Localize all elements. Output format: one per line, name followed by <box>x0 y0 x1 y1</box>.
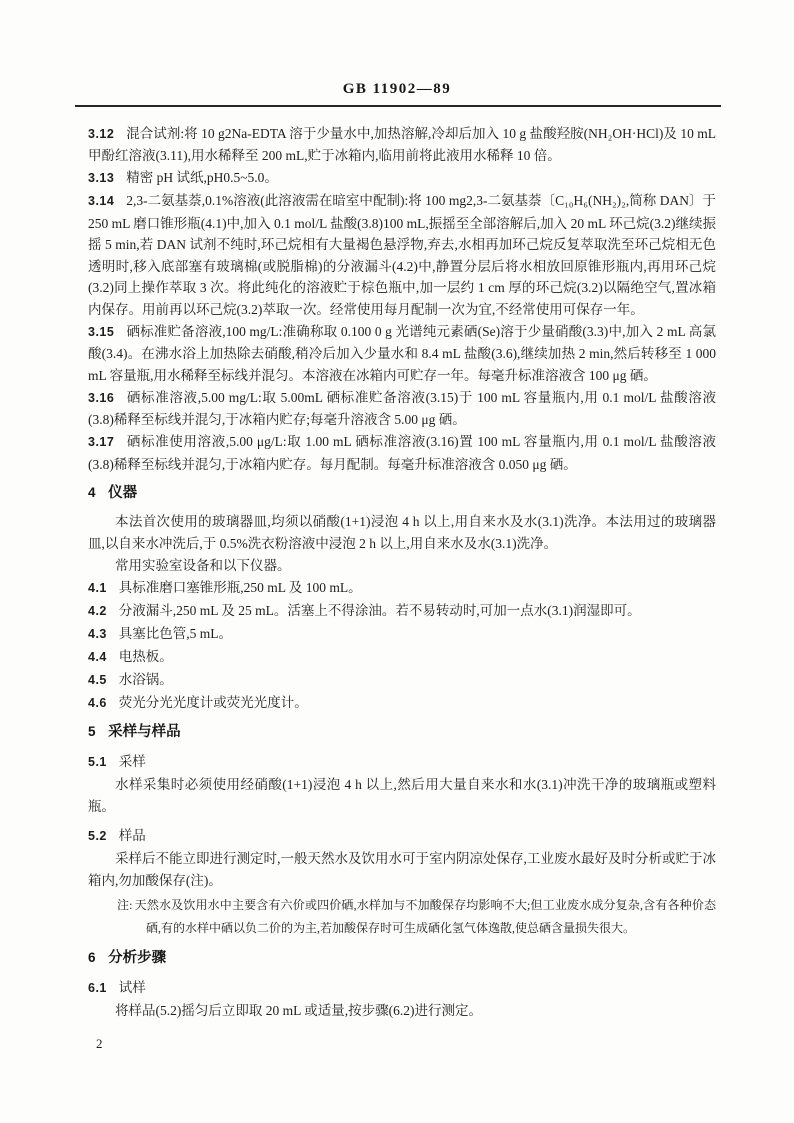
clause-text: 硒标准溶液,5.00 mg/L:取 5.00mL 硒标准贮备溶液(3.15)于 … <box>88 390 716 428</box>
section-title: 采样与样品 <box>108 724 181 740</box>
clause-number: 3.13 <box>88 171 114 185</box>
clause-4-5: 4.5水浴锅。 <box>88 669 716 692</box>
paragraph-lab-equipment: 常用实验室设备和以下仪器。 <box>88 555 716 577</box>
document-page: GB 11902—89 3.12混合试剂:将 10 g2Na-EDTA 溶于少量… <box>0 0 794 1123</box>
clause-3-15: 3.15硒标准贮备溶液,100 mg/L:准确称取 0.100 0 g 光谱纯元… <box>88 321 716 387</box>
clause-4-1: 4.1具标准磨口塞锥形瓶,250 mL 及 100 mL。 <box>88 577 716 600</box>
clause-text: 2,3-二氨基萘,0.1%溶液(此溶液需在暗室中配制):将 100 mg2,3-… <box>88 193 716 317</box>
clause-number: 4.2 <box>88 604 107 618</box>
clause-4-4: 4.4电热板。 <box>88 646 716 669</box>
clause-number: 4.1 <box>88 581 107 595</box>
clause-text: 具塞比色管,5 mL。 <box>119 626 232 641</box>
page-number: 2 <box>96 1033 716 1055</box>
subclause-6-1: 6.1试样 <box>88 977 716 1000</box>
section-heading-6-procedure: 6分析步骤 <box>88 947 716 969</box>
paragraph-test-sample: 将样品(5.2)摇匀后立即取 20 mL 或适量,按步骤(6.2)进行测定。 <box>88 1000 716 1022</box>
note-label: 注: <box>117 898 133 912</box>
clause-3-17: 3.17硒标准使用溶液,5.00 μg/L:取 1.00 mL 硒标准溶液(3.… <box>88 431 716 475</box>
subclause-title: 样品 <box>119 828 146 843</box>
clause-number: 3.15 <box>88 325 114 339</box>
subclause-title: 采样 <box>119 754 146 769</box>
clause-4-6: 4.6荧光分光光度计或荧光光度计。 <box>88 692 716 715</box>
section-number: 5 <box>88 724 96 739</box>
subclause-number: 6.1 <box>88 981 107 995</box>
clause-number: 4.3 <box>88 627 107 641</box>
clause-text: 水浴锅。 <box>119 672 173 687</box>
clause-number: 3.17 <box>88 435 114 449</box>
document-body: 3.12混合试剂:将 10 g2Na-EDTA 溶于少量水中,加热溶解,冷却后加… <box>88 122 716 1054</box>
clause-text: 分液漏斗,250 mL 及 25 mL。活塞上不得涂油。若不易转动时,可加一点水… <box>119 603 641 618</box>
section-number: 6 <box>88 950 96 965</box>
note-block: 注:天然水及饮用水中主要含有六价或四价硒,水样加与不加酸保存均影响不大;但工业废… <box>88 894 716 940</box>
clause-number: 3.14 <box>88 194 114 208</box>
subclause-number: 5.2 <box>88 829 107 843</box>
subclause-title: 试样 <box>119 980 146 995</box>
clause-4-2: 4.2分液漏斗,250 mL 及 25 mL。活塞上不得涂油。若不易转动时,可加… <box>88 600 716 623</box>
note-text: 天然水及饮用水中主要含有六价或四价硒,水样加与不加酸保存均影响不大;但工业废水成… <box>135 898 717 935</box>
clause-3-16: 3.16硒标准溶液,5.00 mg/L:取 5.00mL 硒标准贮备溶液(3.1… <box>88 387 716 431</box>
header-rule <box>75 105 721 107</box>
section-title: 分析步骤 <box>108 950 166 966</box>
section-heading-4-apparatus: 4仪器 <box>88 482 716 504</box>
clause-number: 4.5 <box>88 673 107 687</box>
clause-text: 硒标准使用溶液,5.00 μg/L:取 1.00 mL 硒标准溶液(3.16)置… <box>88 434 716 472</box>
section-number: 4 <box>88 485 96 500</box>
clause-number: 4.6 <box>88 696 107 710</box>
clause-text: 电热板。 <box>119 649 173 664</box>
paragraph-glassware-prep: 本法首次使用的玻璃器皿,均须以硝酸(1+1)浸泡 4 h 以上,用自来水及水(3… <box>88 511 716 554</box>
clause-text: 具标准磨口塞锥形瓶,250 mL 及 100 mL。 <box>119 580 362 595</box>
clause-number: 3.12 <box>88 127 114 141</box>
section-title: 仪器 <box>108 485 137 501</box>
clause-3-14: 3.142,3-二氨基萘,0.1%溶液(此溶液需在暗室中配制):将 100 mg… <box>88 190 716 320</box>
clause-text: 混合试剂:将 10 g2Na-EDTA 溶于少量水中,加热溶解,冷却后加入 10… <box>88 126 716 164</box>
subclause-number: 5.1 <box>88 755 107 769</box>
subclause-5-1: 5.1采样 <box>88 751 716 774</box>
subclause-5-2: 5.2样品 <box>88 825 716 848</box>
clause-3-12: 3.12混合试剂:将 10 g2Na-EDTA 溶于少量水中,加热溶解,冷却后加… <box>88 123 716 167</box>
clause-3-13: 3.13精密 pH 试纸,pH0.5~5.0。 <box>88 167 716 190</box>
clause-number: 3.16 <box>88 391 114 405</box>
section-heading-5-sampling: 5采样与样品 <box>88 721 716 743</box>
clause-text: 精密 pH 试纸,pH0.5~5.0。 <box>126 170 278 185</box>
document-standard-code: GB 11902—89 <box>0 81 794 98</box>
clause-4-3: 4.3具塞比色管,5 mL。 <box>88 623 716 646</box>
paragraph-sample-storage: 采样后不能立即进行测定时,一般天然水及饮用水可于室内阴凉处保存,工业废水最好及时… <box>88 848 716 891</box>
clause-number: 4.4 <box>88 650 107 664</box>
paragraph-sampling: 水样采集时必须使用经硝酸(1+1)浸泡 4 h 以上,然后用大量自来水和水(3.… <box>88 774 716 817</box>
clause-text: 硒标准贮备溶液,100 mg/L:准确称取 0.100 0 g 光谱纯元素硒(S… <box>88 324 716 383</box>
clause-text: 荧光分光光度计或荧光光度计。 <box>119 695 308 710</box>
